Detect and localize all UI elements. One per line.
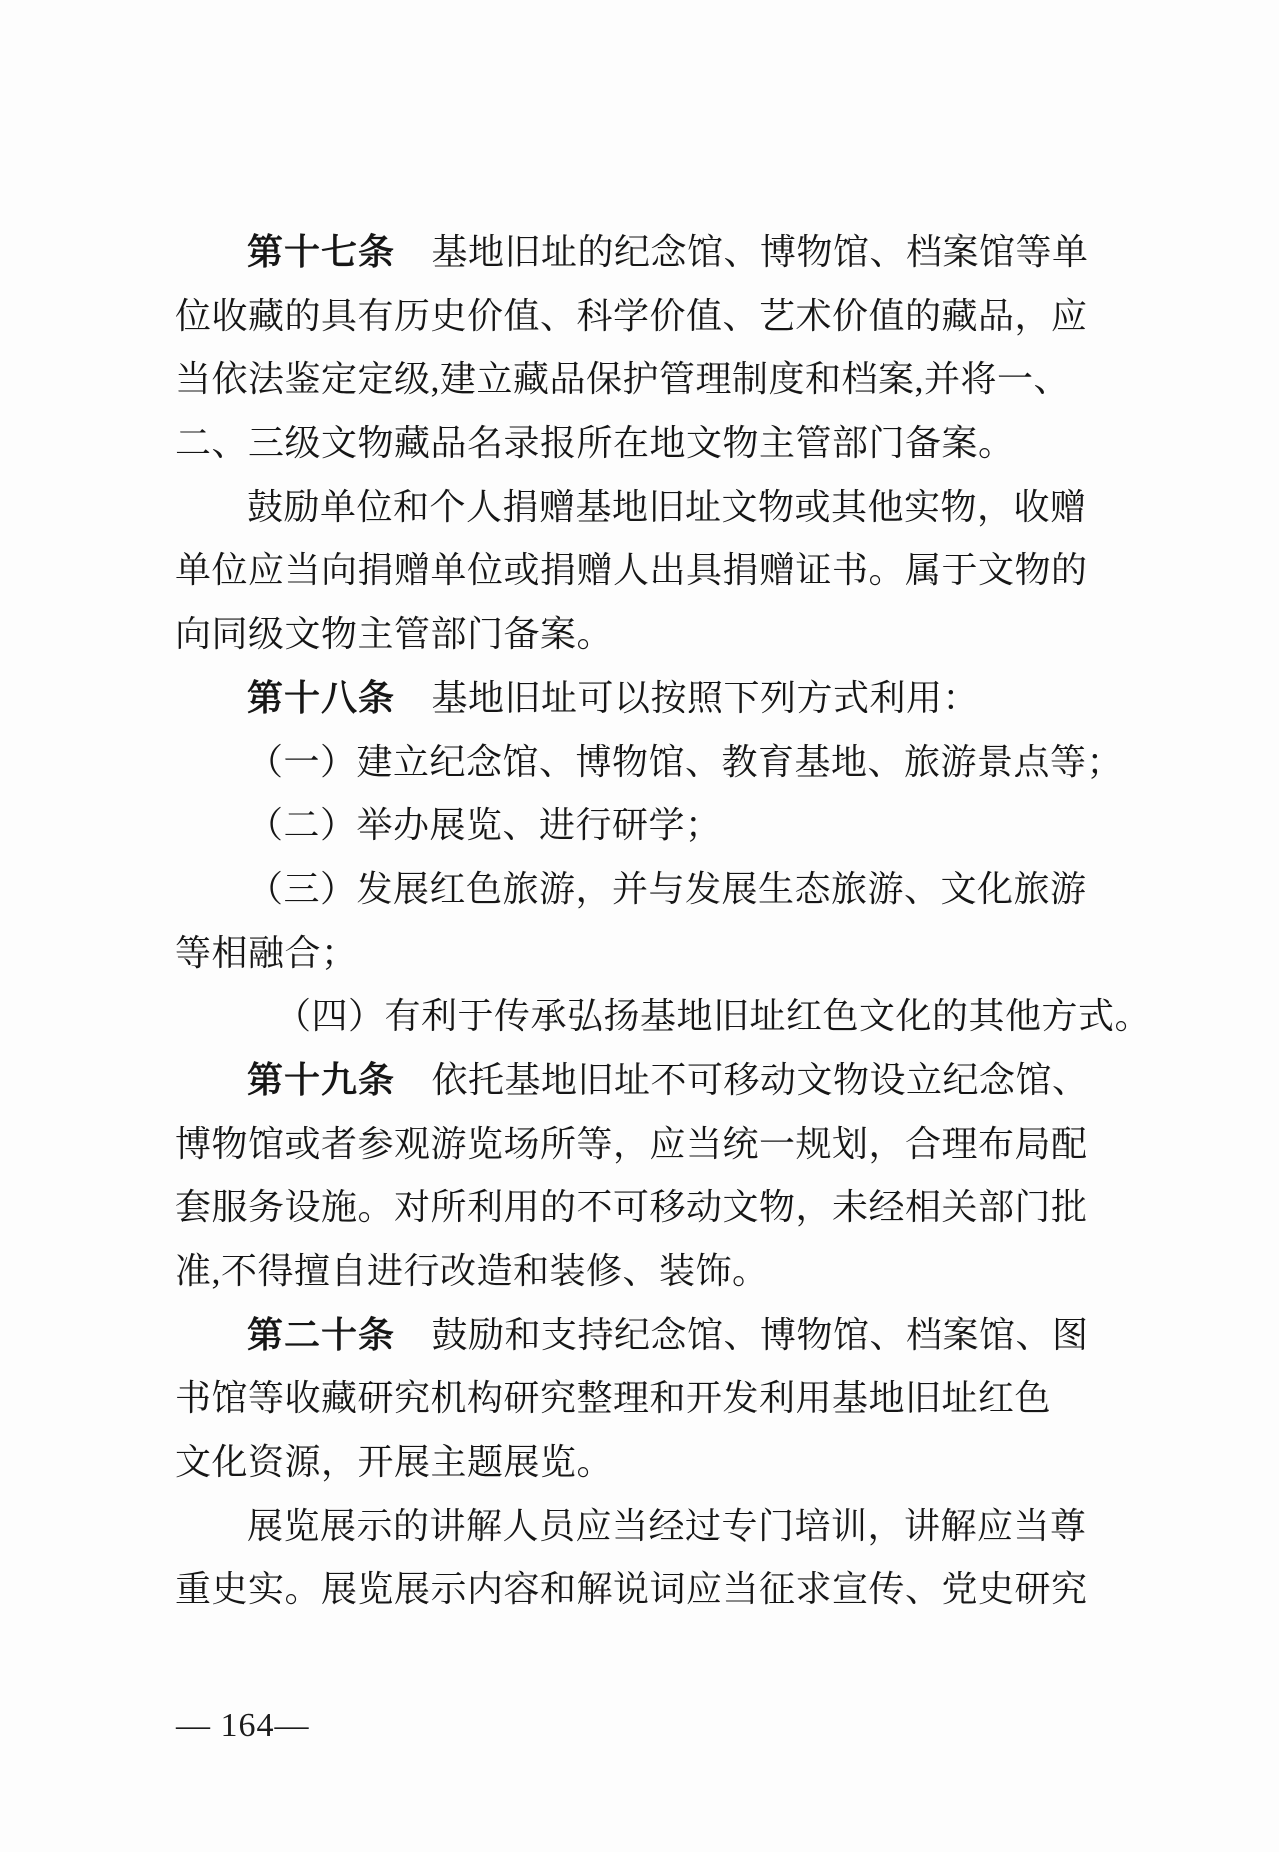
line-text: 等相融合； (175, 933, 358, 973)
page-number: — 164— (176, 1707, 310, 1744)
line-text: （四）有利于传承弘扬基地旧址红色文化的其他方式。 (275, 996, 1151, 1036)
line-text: 书馆等收藏研究机构研究整理和开发利用基地旧址红色 (175, 1378, 1051, 1418)
page-footer: — 164— (176, 1694, 310, 1757)
line-text: 当依法鉴定定级,建立藏品保护管理制度和档案,并将一、 (175, 359, 1070, 399)
text-line: 第二十条 鼓励和支持纪念馆、博物馆、档案馆、图 (175, 1304, 1105, 1368)
text-line: 文化资源，开展主题展览。 (175, 1431, 1105, 1495)
text-line: 准,不得擅自进行改造和装修、装饰。 (175, 1240, 1105, 1304)
text-line: 套服务设施。对所利用的不可移动文物，未经相关部门批 (175, 1176, 1105, 1240)
text-line: （四）有利于传承弘扬基地旧址红色文化的其他方式。 (175, 985, 1105, 1049)
text-line: 第十九条 依托基地旧址不可移动文物设立纪念馆、 (175, 1049, 1105, 1113)
line-text: 准,不得擅自进行改造和装修、装饰。 (175, 1251, 769, 1291)
scanned-document-page: { "document": { "language": "zh-CN", "li… (0, 0, 1279, 1852)
text-line: 书馆等收藏研究机构研究整理和开发利用基地旧址红色 (175, 1367, 1105, 1431)
text-line: （一）建立纪念馆、博物馆、教育基地、旅游景点等； (175, 731, 1105, 795)
line-text: 展览展示的讲解人员应当经过专门培训，讲解应当尊 (247, 1506, 1087, 1546)
document-page: 第十七条 基地旧址的纪念馆、博物馆、档案馆等单位收藏的具有历史价值、科学价值、艺… (0, 0, 1279, 1852)
line-text: 单位应当向捐赠单位或捐赠人出具捐赠证书。属于文物的 (175, 550, 1088, 590)
article-number: 第二十条 (247, 1315, 395, 1355)
text-line: 位收藏的具有历史价值、科学价值、艺术价值的藏品，应 (175, 285, 1105, 349)
text-line: 二、三级文物藏品名录报所在地文物主管部门备案。 (175, 412, 1105, 476)
text-line: （三）发展红色旅游，并与发展生态旅游、文化旅游 (175, 858, 1105, 922)
line-text: 二、三级文物藏品名录报所在地文物主管部门备案。 (175, 423, 1015, 463)
article-number: 第十七条 (247, 232, 395, 272)
text-line: 当依法鉴定定级,建立藏品保护管理制度和档案,并将一、 (175, 348, 1105, 412)
text-line: 单位应当向捐赠单位或捐赠人出具捐赠证书。属于文物的 (175, 539, 1105, 603)
line-text: （一）建立纪念馆、博物馆、教育基地、旅游景点等； (247, 742, 1123, 782)
line-text: 鼓励单位和个人捐赠基地旧址文物或其他实物，收赠 (247, 487, 1087, 527)
article-number: 第十九条 (247, 1060, 395, 1100)
line-text: （三）发展红色旅游，并与发展生态旅游、文化旅游 (247, 869, 1087, 909)
text-line: （二）举办展览、进行研学； (175, 794, 1105, 858)
line-text: 位收藏的具有历史价值、科学价值、艺术价值的藏品，应 (175, 296, 1088, 336)
line-text: 基地旧址可以按照下列方式利用： (395, 678, 979, 718)
text-line: 向同级文物主管部门备案。 (175, 603, 1105, 667)
text-block: 第十七条 基地旧址的纪念馆、博物馆、档案馆等单位收藏的具有历史价值、科学价值、艺… (175, 221, 1105, 1622)
line-text: （二）举办展览、进行研学； (247, 805, 722, 845)
line-text: 向同级文物主管部门备案。 (175, 614, 613, 654)
text-line: 第十八条 基地旧址可以按照下列方式利用： (175, 667, 1105, 731)
line-text: 鼓励和支持纪念馆、博物馆、档案馆、图 (395, 1315, 1089, 1355)
text-line: 展览展示的讲解人员应当经过专门培训，讲解应当尊 (175, 1495, 1105, 1559)
article-number: 第十八条 (247, 678, 395, 718)
line-text: 重史实。展览展示内容和解说词应当征求宣传、党史研究 (175, 1569, 1088, 1609)
line-text: 套服务设施。对所利用的不可移动文物，未经相关部门批 (175, 1187, 1088, 1227)
text-line: 鼓励单位和个人捐赠基地旧址文物或其他实物，收赠 (175, 476, 1105, 540)
line-text: 文化资源，开展主题展览。 (175, 1442, 613, 1482)
line-text: 基地旧址的纪念馆、博物馆、档案馆等单 (395, 232, 1089, 272)
text-line: 重史实。展览展示内容和解说词应当征求宣传、党史研究 (175, 1558, 1105, 1622)
line-text: 博物馆或者参观游览场所等，应当统一规划，合理布局配 (175, 1124, 1088, 1164)
text-line: 等相融合； (175, 922, 1105, 986)
text-line: 第十七条 基地旧址的纪念馆、博物馆、档案馆等单 (175, 221, 1105, 285)
line-text: 依托基地旧址不可移动文物设立纪念馆、 (395, 1060, 1089, 1100)
text-line: 博物馆或者参观游览场所等，应当统一规划，合理布局配 (175, 1113, 1105, 1177)
